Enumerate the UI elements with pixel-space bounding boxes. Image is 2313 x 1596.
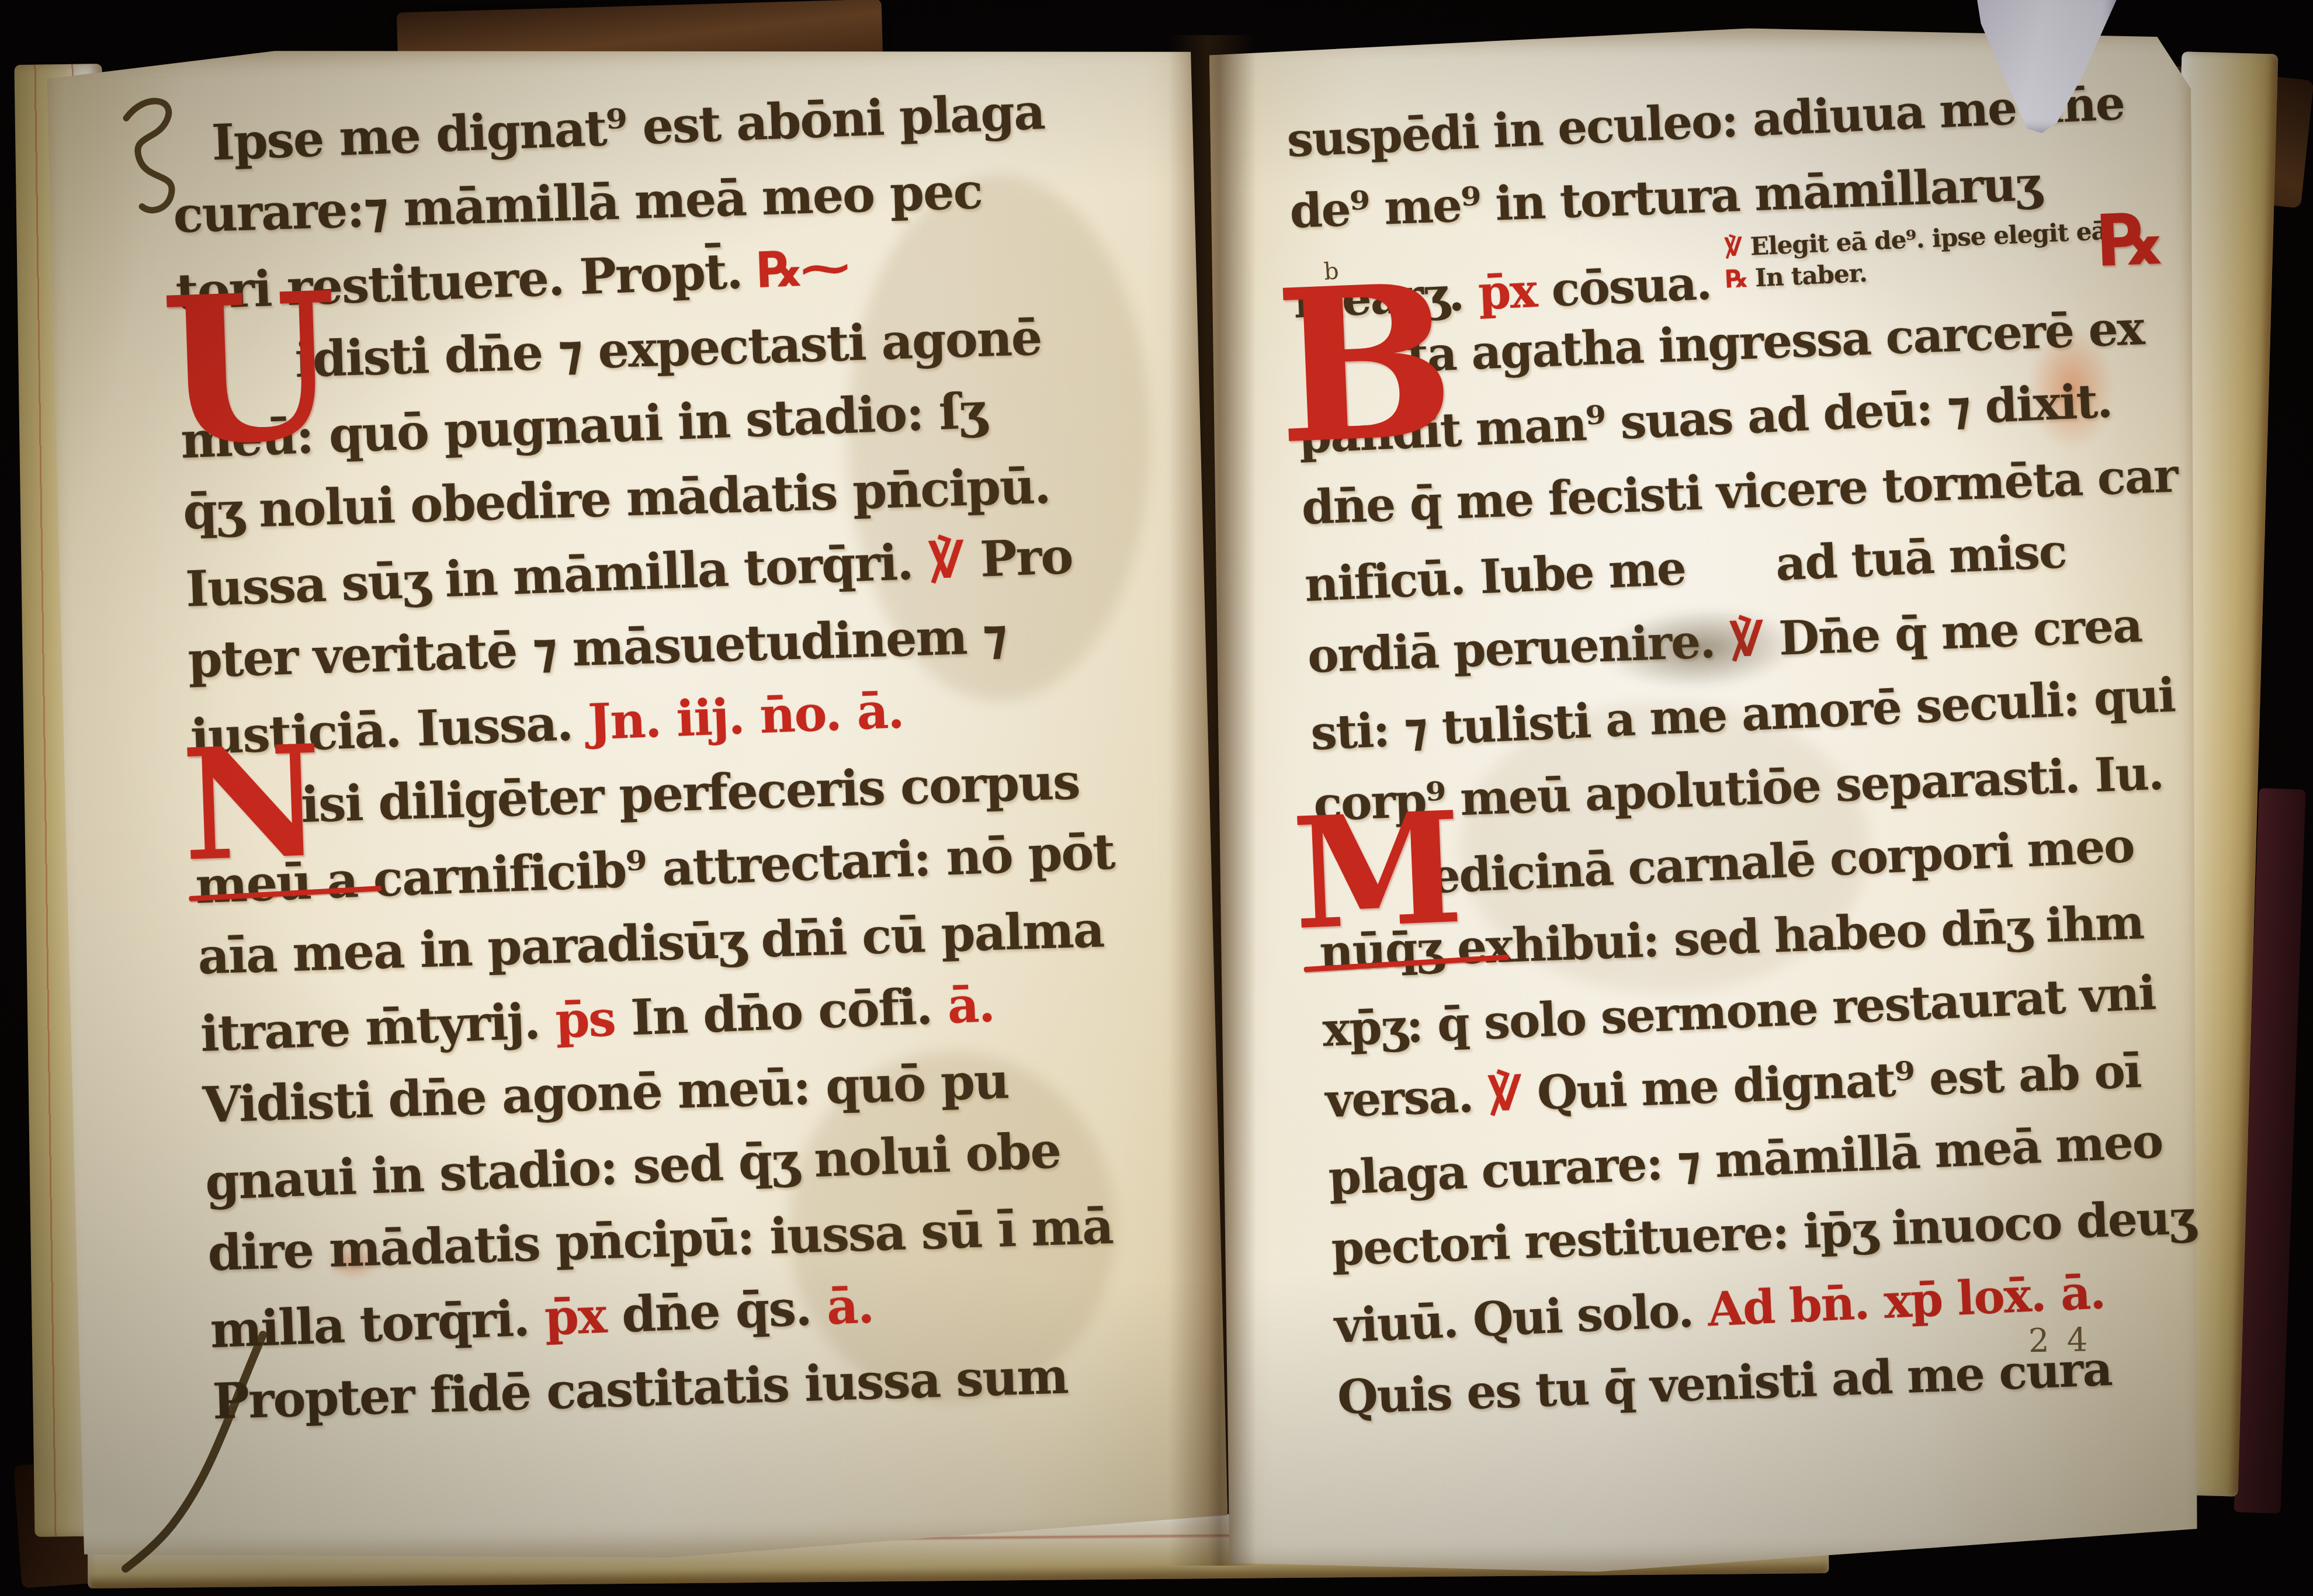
ink-smudge [1599, 602, 1802, 695]
rubric-text: ℣ [1487, 1066, 1538, 1122]
body-text: curare:⁊ māmillā meā meo pec [172, 162, 983, 244]
illuminated-initial: B [1273, 277, 1458, 452]
rubricator-guide-letter: b [1323, 258, 1340, 286]
gutter-shadow [1168, 35, 1256, 1566]
pen-flourish-cadel [114, 92, 223, 224]
rubric-text: p̄s [554, 988, 632, 1049]
body-text: Dn̄e q̄ me crea [1778, 598, 2142, 666]
body-text: viuū. Qui solo. [1333, 1282, 1709, 1353]
rubric-text: Jn. iij. n̄o. ā. [587, 681, 904, 751]
body-text: In dn̄o cōfi. [630, 977, 949, 1046]
rubric-text: ℞⁓ [757, 238, 849, 299]
rubric-text: p̄x [1477, 262, 1553, 320]
left-page-text: Ipse me dignat⁹ est abōni plagacurare:⁊ … [169, 73, 1174, 1518]
rubric-text: ā. [946, 975, 995, 1035]
folio-number: 24 [2028, 1321, 2105, 1360]
body-text: itrare m̄tyrij. [199, 991, 556, 1063]
body-text: In taber. [1754, 259, 1867, 292]
rubric-text: ℞ [1725, 263, 1756, 293]
rubric-text: ℣ [927, 530, 981, 590]
rubric-text: ā. [826, 1276, 874, 1336]
illuminated-initial: U [159, 286, 341, 453]
body-text: Pro [979, 527, 1073, 588]
illuminated-initial: N [181, 740, 324, 867]
manuscript-photo: { "photo": { "subject": "Opened medieval… [0, 0, 2313, 1596]
illuminated-initial: M [1291, 807, 1465, 936]
body-text: versa. [1324, 1067, 1489, 1128]
rubric-text: ℣ [1724, 233, 1750, 262]
right-page-text: suspēdi in eculeo: adiuua me dn̄ede⁹ me⁹… [1285, 65, 2235, 1514]
rubric-text: p̄x [543, 1286, 623, 1347]
body-text: milla torq̄ri. [209, 1289, 546, 1359]
response-mark: ℞ [2097, 197, 2165, 283]
body-text: dn̄e q̄s. [620, 1278, 827, 1344]
